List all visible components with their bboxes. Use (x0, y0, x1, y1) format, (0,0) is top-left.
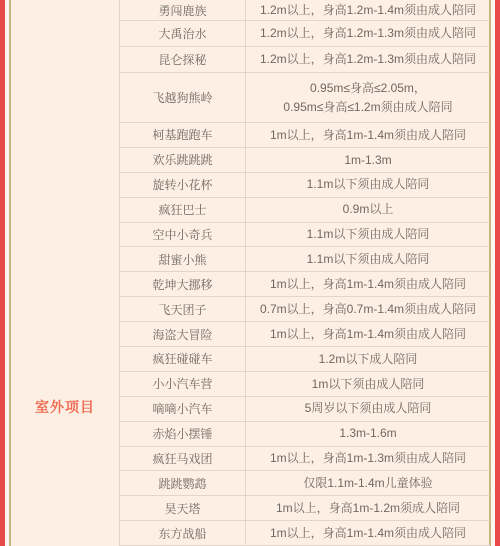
height-requirement: 1m以上，身高1m-1.4m须由成人陪同 (246, 322, 490, 346)
right-white-strip (491, 0, 495, 546)
table-row: 柯基跑跑车 1m以上，身高1m-1.4m须由成人陪同 (120, 123, 490, 148)
height-requirement: 1.2m以上，身高1.2m-1.3m须由成人陪同 (246, 21, 490, 46)
height-requirement: 0.9m以上 (246, 198, 490, 222)
table-body: 勇闯鹿族 1.2m以上，身高1.2m-1.4m须由成人陪同 大禹治水 1.2m以… (119, 0, 490, 546)
right-red-border (495, 0, 500, 546)
ride-name: 嘀嘀小汽车 (120, 397, 246, 421)
table-row: 昊天塔 1m以上，身高1m-1.2m须成人陪同 (120, 496, 490, 521)
height-requirement: 1.1m以下须由成人陪同 (246, 247, 490, 271)
ride-name: 跳跳鹦鹉 (120, 471, 246, 495)
ride-name: 疯狂碰碰车 (120, 347, 246, 371)
table-row: 跳跳鹦鹉 仅限1.1m-1.4m儿童体验 (120, 471, 490, 496)
table-row: 飞天团子 0.7m以上，身高0.7m-1.4m须由成人陪同 (120, 297, 490, 322)
ride-name: 旋转小花杯 (120, 173, 246, 197)
ride-name: 小小汽车营 (120, 372, 246, 396)
ride-name: 海盗大冒险 (120, 322, 246, 346)
table-row: 乾坤大挪移 1m以上，身高1m-1.4m须由成人陪同 (120, 272, 490, 297)
height-requirement: 1.2m以下成人陪同 (246, 347, 490, 371)
category-label-outdoor: 室外项目 (11, 397, 119, 417)
ride-name: 乾坤大挪移 (120, 272, 246, 296)
table-row: 嘀嘀小汽车 5周岁以下须由成人陪同 (120, 397, 490, 422)
ride-name: 疯狂巴士 (120, 198, 246, 222)
table-row: 飞越狗熊岭 0.95m≤身高≤2.05m， 0.95m≤身高≤1.2m须由成人陪… (120, 73, 490, 123)
height-requirement: 1m以下须由成人陪同 (246, 372, 490, 396)
table-row: 疯狂马戏团 1m以上，身高1m-1.3m须由成人陪同 (120, 447, 490, 472)
ride-name: 飞越狗熊岭 (120, 73, 246, 122)
ride-name: 空中小奇兵 (120, 223, 246, 247)
table-row: 大禹治水 1.2m以上，身高1.2m-1.3m须由成人陪同 (120, 21, 490, 47)
height-requirement: 1.2m以上，身高1.2m-1.4m须由成人陪同 (246, 0, 490, 20)
height-requirement: 1m以上，身高1m-1.2m须成人陪同 (246, 496, 490, 520)
ride-name: 疯狂马戏团 (120, 447, 246, 471)
ride-name: 昆仑探秘 (120, 47, 246, 72)
ride-name: 飞天团子 (120, 297, 246, 321)
height-requirement: 1m以上，身高1m-1.4m须由成人陪同 (246, 521, 490, 545)
height-requirement: 0.95m≤身高≤2.05m， 0.95m≤身高≤1.2m须由成人陪同 (246, 73, 490, 122)
table-row: 旋转小花杯 1.1m以下须由成人陪同 (120, 173, 490, 198)
ride-name: 东方战船 (120, 521, 246, 545)
height-requirement: 1.1m以下须由成人陪同 (246, 223, 490, 247)
table-row: 甜蜜小熊 1.1m以下须由成人陪同 (120, 247, 490, 272)
ride-name: 欢乐跳跳跳 (120, 148, 246, 172)
ride-name: 柯基跑跑车 (120, 123, 246, 147)
table-row: 空中小奇兵 1.1m以下须由成人陪同 (120, 223, 490, 248)
height-requirement: 1m以上，身高1m-1.4m须由成人陪同 (246, 123, 490, 147)
height-requirement: 0.7m以上，身高0.7m-1.4m须由成人陪同 (246, 297, 490, 321)
left-gold-line (9, 0, 11, 546)
table-row: 疯狂碰碰车 1.2m以下成人陪同 (120, 347, 490, 372)
table-row: 勇闯鹿族 1.2m以上，身高1.2m-1.4m须由成人陪同 (120, 0, 490, 21)
height-requirement: 1m-1.3m (246, 148, 490, 172)
ride-name: 甜蜜小熊 (120, 247, 246, 271)
height-requirement: 1.1m以下须由成人陪同 (246, 173, 490, 197)
height-requirement: 仅限1.1m-1.4m儿童体验 (246, 471, 490, 495)
height-requirement: 1m以上，身高1m-1.3m须由成人陪同 (246, 447, 490, 471)
table-row: 疯狂巴士 0.9m以上 (120, 198, 490, 223)
table-row: 昆仑探秘 1.2m以上，身高1.2m-1.3m须由成人陪同 (120, 47, 490, 73)
height-requirement: 1.3m-1.6m (246, 422, 490, 446)
table-row: 东方战船 1m以上，身高1m-1.4m须由成人陪同 (120, 521, 490, 546)
table-row: 海盗大冒险 1m以上，身高1m-1.4m须由成人陪同 (120, 322, 490, 347)
table-row: 欢乐跳跳跳 1m-1.3m (120, 148, 490, 173)
ride-name: 大禹治水 (120, 21, 246, 46)
ride-name: 赤焰小摆锤 (120, 422, 246, 446)
height-requirement: 5周岁以下须由成人陪同 (246, 397, 490, 421)
ride-height-requirements-table: 室外项目 勇闯鹿族 1.2m以上，身高1.2m-1.4m须由成人陪同 大禹治水 … (0, 0, 500, 546)
height-requirement: 1.2m以上，身高1.2m-1.3m须由成人陪同 (246, 47, 490, 72)
table-row: 小小汽车营 1m以下须由成人陪同 (120, 372, 490, 397)
height-requirement: 1m以上，身高1m-1.4m须由成人陪同 (246, 272, 490, 296)
table-row: 赤焰小摆锤 1.3m-1.6m (120, 422, 490, 447)
ride-name: 昊天塔 (120, 496, 246, 520)
ride-name: 勇闯鹿族 (120, 0, 246, 20)
